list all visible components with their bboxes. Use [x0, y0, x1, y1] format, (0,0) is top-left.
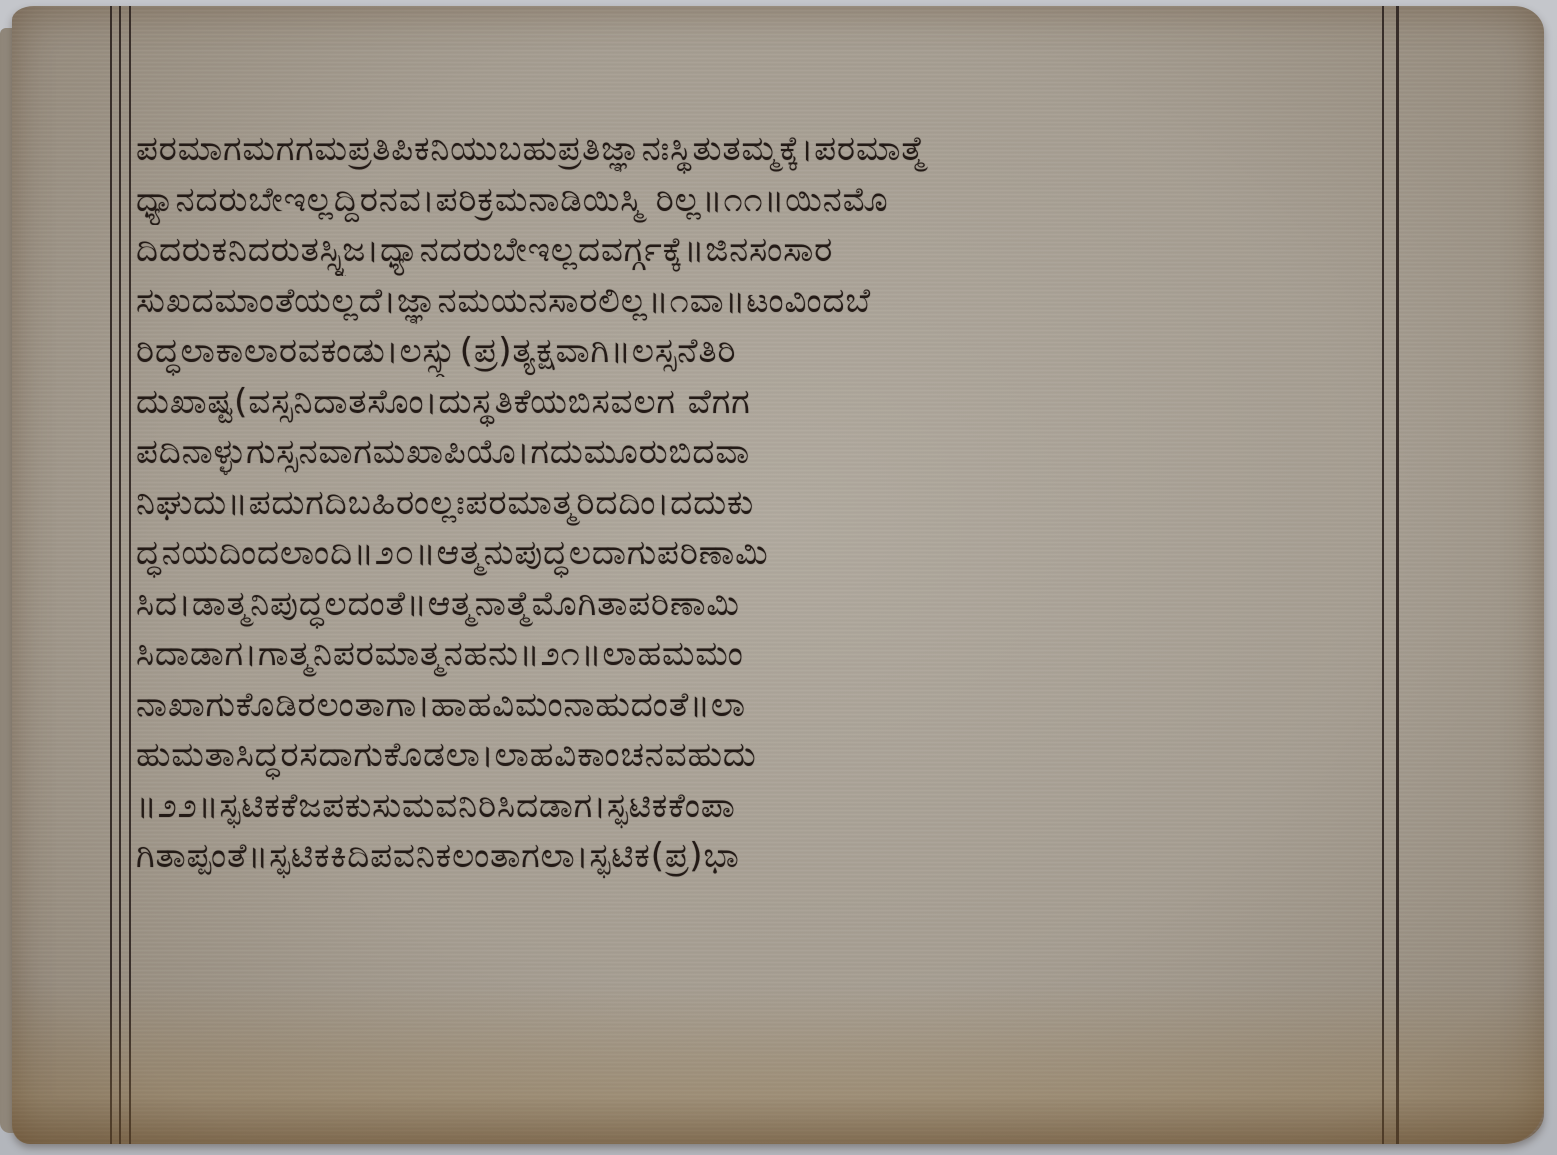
manuscript-line: ನಿಘುದು॥ಪದುಗದಿಬಹಿರಂಲ್ಲಃಪರಮಾತ್ಮರಿದದಿಂ।ದದುಕ… [136, 478, 1380, 529]
manuscript-line: ದುಖಾಷ್ಟ(ವಸ್ಸನಿದಾತಸೊಂ।ದುಸ್ಥತಿಕೆಯಬಿಸವಲಗ ವೆ… [136, 377, 1380, 428]
manuscript-line: ಸುಖದಮಾಂತೆಯಲ್ಲದೆ।ಜ್ಞಾನಮಯನಸಾರಲಿಲ್ಲ॥೧ವಾ॥ಟಂವ… [136, 276, 1380, 327]
manuscript-line: ದಿದರುಕನಿದರುತಸ್ಸ್ನಿಜ।ಧ್ಯಾನದರುಬೇಇಲ್ಲದವರ್ಗ್… [136, 225, 1380, 276]
manuscript-line: ದ್ಧನಯದಿಂದಲಾಂದಿ॥೨೦॥ಆತ್ಮನುಪುದ್ಧಲದಾಗುಪರಿಣಾಮ… [136, 528, 1380, 579]
manuscript-text-block: ಪರಮಾಗಮಗಗಮಪ್ರತಿಪಿಕನಿಯುಬಹುಪ್ರತಿಜ್ಞಾನಃಸ್ಥಿತ… [136, 124, 1380, 882]
manuscript-line: ಗಿತಾಪ್ಪಂತೆ॥ಸ್ಫಟಿಕಕಿದಿಪವನಿಕಲಂತಾಗಲಾ।ಸ್ಫಟಿಕ… [136, 831, 1380, 882]
manuscript-line: ಪರಮಾಗಮಗಗಮಪ್ರತಿಪಿಕನಿಯುಬಹುಪ್ರತಿಜ್ಞಾನಃಸ್ಥಿತ… [136, 124, 1380, 175]
photo-background: ಪರಮಾಗಮಗಗಮಪ್ರತಿಪಿಕನಿಯುಬಹುಪ್ರತಿಜ್ಞಾನಃಸ್ಥಿತ… [0, 0, 1557, 1155]
manuscript-line: ಸಿದಾಡಾಗ।ಗಾತ್ಮನಿಪರಮಾತ್ಮನಹನು॥೨೧॥ಲಾಹಮಮಂ [136, 629, 1380, 680]
manuscript-line: ನಾಖಾಗುಕೊಡಿರಲಂತಾಗಾ।ಹಾಹವಿಮಂನಾಹುದಂತೆ॥ಲಾ [136, 680, 1380, 731]
manuscript-line: ಪದಿನಾಳ್ಳುಗುಸ್ಸನವಾಗಮಖಾಪಿಯೊ।ಗದುಮೂರುಬಿದವಾ [136, 427, 1380, 478]
manuscript-page: ಪರಮಾಗಮಗಗಮಪ್ರತಿಪಿಕನಿಯುಬಹುಪ್ರತಿಜ್ಞಾನಃಸ್ಥಿತ… [12, 6, 1544, 1144]
left-margin-rule-outer [110, 6, 112, 1144]
manuscript-line: ಹುಮತಾಸಿದ್ಧರಸದಾಗುಕೊಡಲಾ।ಲಾಹವಿಕಾಂಚನವಹುದು [136, 730, 1380, 781]
left-margin-rule-middle [119, 6, 121, 1144]
manuscript-line: ॥೨೨॥ಸ್ಫಟಿಕಕೆಜಪಕುಸುಮವನಿರಿಸಿದಡಾಗ।ಸ್ಫಟಿಕಕೆಂ… [136, 781, 1380, 832]
right-margin-rule-outer [1396, 6, 1399, 1144]
manuscript-line: ರಿದ್ಧಲಾಕಾಲಾರವಕಂಡು।ಲಸ್ಸ್ಗು(ಪ್ರ)ತ್ಯಕ್ಷವಾಗಿ… [136, 326, 1380, 377]
left-margin-rule-inner [129, 6, 131, 1144]
right-margin-rule-inner [1382, 6, 1384, 1144]
manuscript-line: ಧ್ಯಾನದರುಬೇಇಲ್ಲದ್ದಿರನವ।ಪರಿಕ್ರಮನಾಡಿಯಿಸ್ಮಿ … [136, 175, 1380, 226]
manuscript-line: ಸಿದ।ಡಾತ್ಮನಿಪುದ್ಧಲದಂತೆ॥ಆತ್ಮನಾತ್ಮೆಮೊಗಿತಾಪರ… [136, 579, 1380, 630]
